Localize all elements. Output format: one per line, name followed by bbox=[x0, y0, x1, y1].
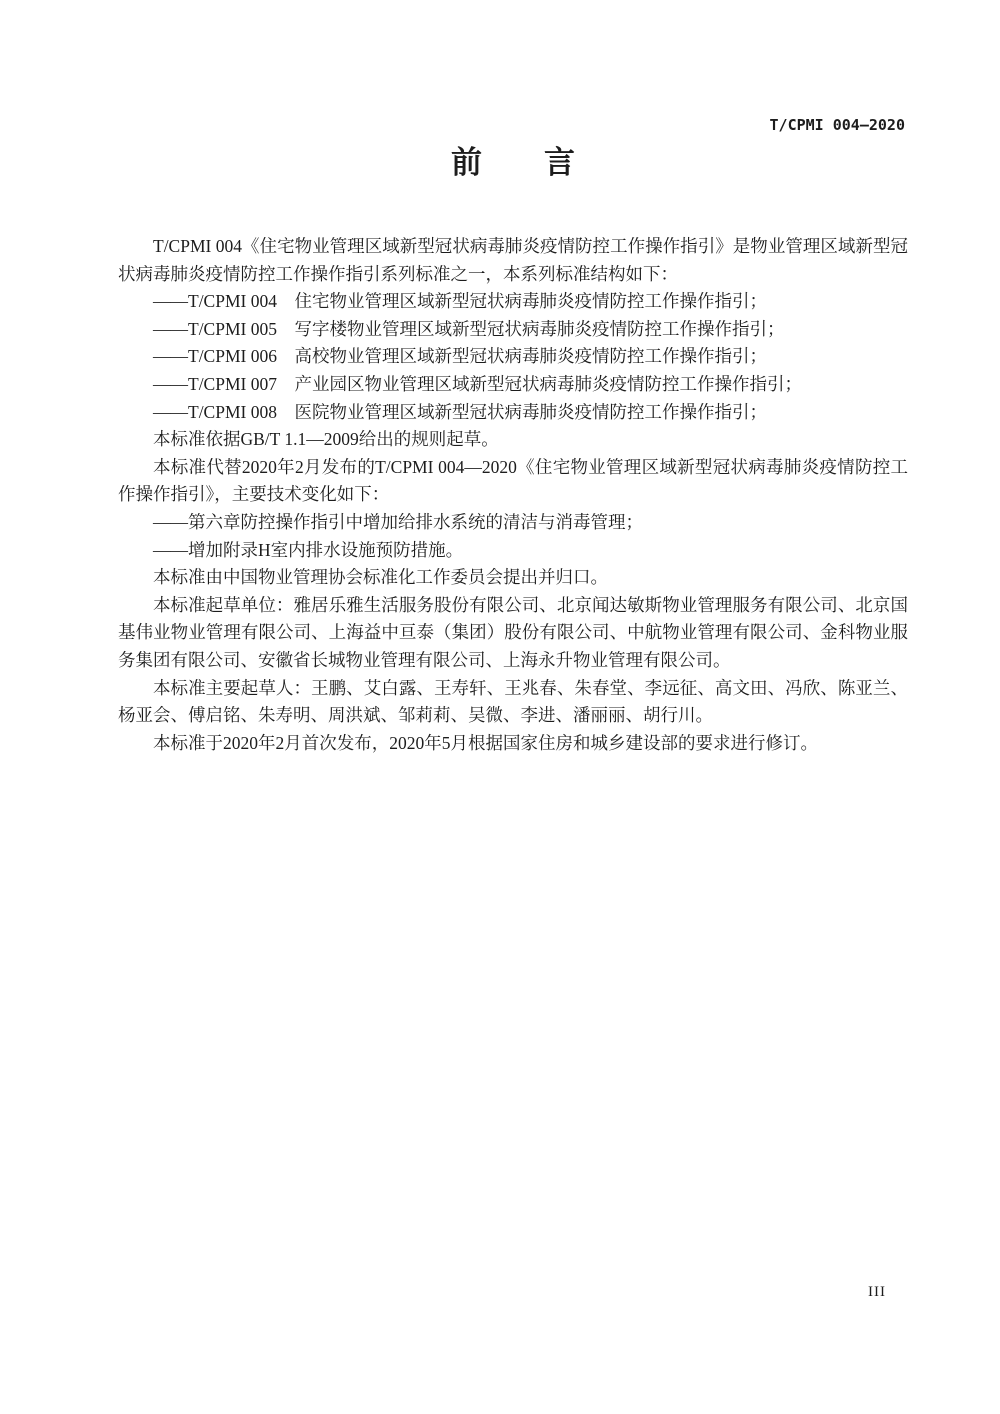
foreword-paragraph: ——T/CPMI 007 产业园区物业管理区域新型冠状病毒肺炎疫情防控工作操作指… bbox=[118, 371, 908, 399]
foreword-paragraph: ——增加附录H室内排水设施预防措施。 bbox=[118, 537, 908, 565]
foreword-paragraph: 本标准起草单位：雅居乐雅生活服务股份有限公司、北京闻达敏斯物业管理服务有限公司、… bbox=[118, 592, 908, 675]
page-number: III bbox=[868, 1284, 886, 1301]
foreword-paragraph: ——T/CPMI 008 医院物业管理区域新型冠状病毒肺炎疫情防控工作操作指引； bbox=[118, 399, 908, 427]
page-title: 前 言 bbox=[118, 143, 908, 183]
foreword-paragraph: T/CPMI 004《住宅物业管理区域新型冠状病毒肺炎疫情防控工作操作指引》是物… bbox=[118, 233, 908, 288]
foreword-paragraph: 本标准由中国物业管理协会标准化工作委员会提出并归口。 bbox=[118, 564, 908, 592]
foreword-paragraph: 本标准代替2020年2月发布的T/CPMI 004—2020《住宅物业管理区域新… bbox=[118, 454, 908, 509]
foreword-paragraph: 本标准依据GB/T 1.1—2009给出的规则起草。 bbox=[118, 426, 908, 454]
foreword-paragraph: 本标准主要起草人：王鹏、艾白露、王寿轩、王兆春、朱春堂、李远征、高文田、冯欣、陈… bbox=[118, 675, 908, 730]
foreword-paragraph: 本标准于2020年2月首次发布，2020年5月根据国家住房和城乡建设部的要求进行… bbox=[118, 730, 908, 758]
foreword-paragraph: ——T/CPMI 006 高校物业管理区域新型冠状病毒肺炎疫情防控工作操作指引； bbox=[118, 343, 908, 371]
foreword-paragraph: ——T/CPMI 005 写字楼物业管理区域新型冠状病毒肺炎疫情防控工作操作指引… bbox=[118, 316, 908, 344]
document-page: T/CPMI 004—2020 前 言 T/CPMI 004《住宅物业管理区域新… bbox=[0, 0, 1000, 1414]
doc-number-header: T/CPMI 004—2020 bbox=[770, 116, 905, 134]
foreword-paragraph: ——第六章防控操作指引中增加给排水系统的清洁与消毒管理； bbox=[118, 509, 908, 537]
foreword-body: T/CPMI 004《住宅物业管理区域新型冠状病毒肺炎疫情防控工作操作指引》是物… bbox=[118, 233, 908, 757]
foreword-paragraph: ——T/CPMI 004 住宅物业管理区域新型冠状病毒肺炎疫情防控工作操作指引； bbox=[118, 288, 908, 316]
